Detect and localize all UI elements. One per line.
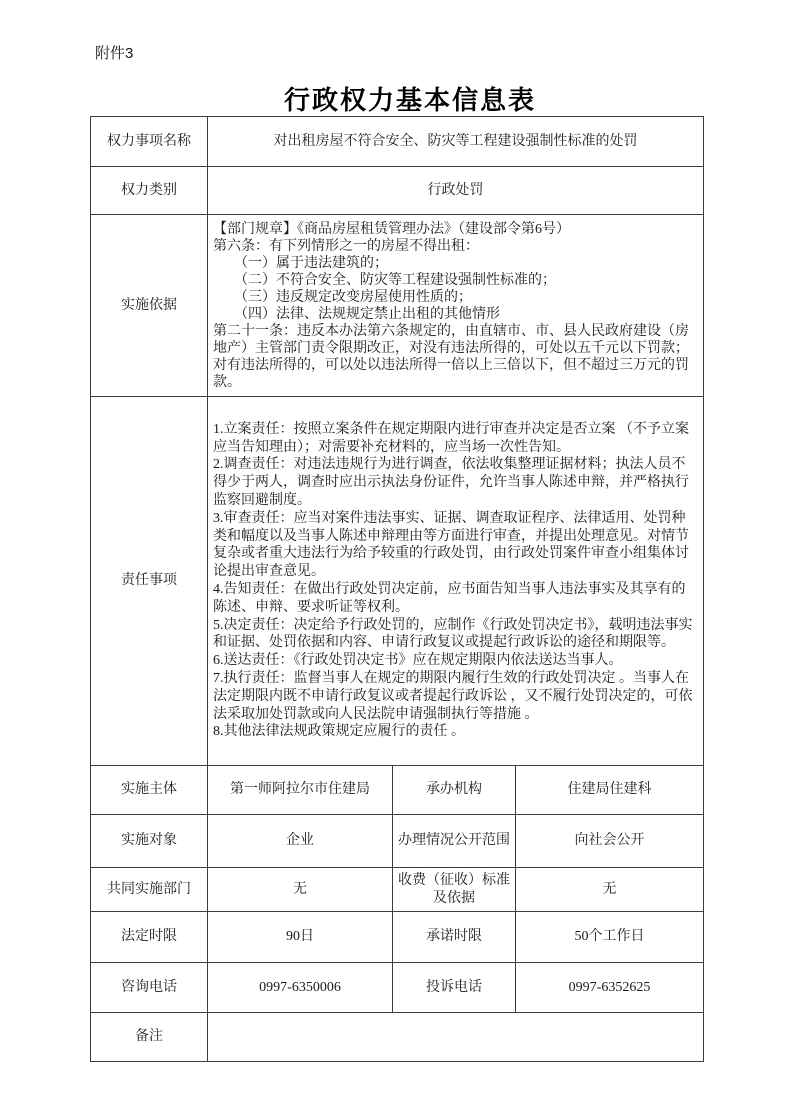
row-duty: 责任事项 1.立案责任：按照立案条件在规定期限内进行审查并决定是否立案 （不予立…	[91, 397, 704, 766]
consult-phone-label: 咨询电话	[91, 963, 208, 1013]
row-remark: 备注	[91, 1013, 704, 1062]
complaint-phone-label: 投诉电话	[393, 963, 516, 1013]
joint-value: 无	[208, 868, 393, 912]
target-value: 企业	[208, 815, 393, 868]
disclosure-value: 向社会公开	[516, 815, 704, 868]
basis-label: 实施依据	[91, 215, 208, 397]
row-basis: 实施依据 【部门规章】《商品房屋租赁管理办法》（建设部令第6号） 第六条：有下列…	[91, 215, 704, 397]
promise-limit-value: 50个工作日	[516, 912, 704, 963]
attachment-label: 附件3	[95, 42, 133, 63]
row-joint: 共同实施部门 无 收费（征收）标准 及依据 无	[91, 868, 704, 912]
subject-label: 实施主体	[91, 766, 208, 815]
joint-label: 共同实施部门	[91, 868, 208, 912]
row-phone: 咨询电话 0997-6350006 投诉电话 0997-6352625	[91, 963, 704, 1013]
complaint-phone-value: 0997-6352625	[516, 963, 704, 1013]
charge-standard-label: 收费（征收）标准 及依据	[393, 868, 516, 912]
document-page: 附件3 行政权力基本信息表 权力事项名称 对出租房屋不符合安全、防灾等工程建设强…	[0, 0, 794, 1108]
item-name-value: 对出租房屋不符合安全、防灾等工程建设强制性标准的处罚	[208, 117, 704, 167]
row-subject: 实施主体 第一师阿拉尔市住建局 承办机构 住建局住建科	[91, 766, 704, 815]
info-table: 权力事项名称 对出租房屋不符合安全、防灾等工程建设强制性标准的处罚 权力类别 行…	[90, 116, 704, 1062]
item-name-label: 权力事项名称	[91, 117, 208, 167]
page-title: 行政权力基本信息表	[0, 80, 794, 117]
charge-standard-value: 无	[516, 868, 704, 912]
duty-value: 1.立案责任：按照立案条件在规定期限内进行审查并决定是否立案 （不予立案应当告知…	[208, 397, 704, 766]
consult-phone-value: 0997-6350006	[208, 963, 393, 1013]
disclosure-label: 办理情况公开范围	[393, 815, 516, 868]
remark-label: 备注	[91, 1013, 208, 1062]
remark-value	[208, 1013, 704, 1062]
duty-label: 责任事项	[91, 397, 208, 766]
promise-limit-label: 承诺时限	[393, 912, 516, 963]
row-time-limit: 法定时限 90日 承诺时限 50个工作日	[91, 912, 704, 963]
undertaker-label: 承办机构	[393, 766, 516, 815]
row-target: 实施对象 企业 办理情况公开范围 向社会公开	[91, 815, 704, 868]
legal-limit-value: 90日	[208, 912, 393, 963]
basis-value: 【部门规章】《商品房屋租赁管理办法》（建设部令第6号） 第六条：有下列情形之一的…	[208, 215, 704, 397]
row-item-name: 权力事项名称 对出租房屋不符合安全、防灾等工程建设强制性标准的处罚	[91, 117, 704, 167]
category-label: 权力类别	[91, 167, 208, 215]
row-category: 权力类别 行政处罚	[91, 167, 704, 215]
undertaker-value: 住建局住建科	[516, 766, 704, 815]
subject-value: 第一师阿拉尔市住建局	[208, 766, 393, 815]
legal-limit-label: 法定时限	[91, 912, 208, 963]
category-value: 行政处罚	[208, 167, 704, 215]
target-label: 实施对象	[91, 815, 208, 868]
